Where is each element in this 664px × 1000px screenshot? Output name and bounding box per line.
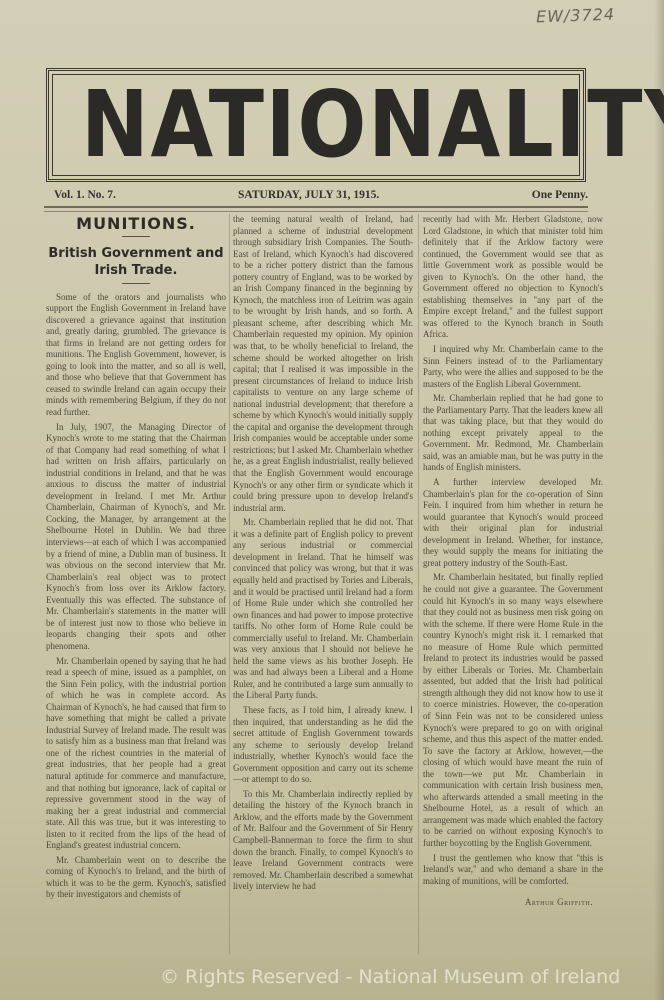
dateline: Vol. 1. No. 7. SATURDAY, JULY 31, 1915. … [54,187,588,207]
article-subheading: British Government and Irish Trade. [46,245,226,279]
column-divider [229,214,230,954]
copyright-watermark: © Rights Reserved - National Museum of I… [160,966,664,988]
newspaper-title: NATIONALITY [81,75,551,175]
subheading-rule [122,283,150,284]
paragraph: Some of the orators and journalists who … [46,292,226,419]
paragraph: the teeming natural wealth of Ireland, h… [233,214,413,514]
issue-date: SATURDAY, JULY 31, 1915. [238,189,379,201]
newspaper-page: EW/3724 NATIONALITY Vol. 1. No. 7. SATUR… [0,0,664,1000]
volume-number: Vol. 1. No. 7. [54,189,116,201]
paragraph: Mr. Chamberlain opened by saying that he… [46,656,226,852]
article-heading: MUNITIONS. [46,218,226,230]
column-divider [418,214,419,954]
paragraph: recently had with Mr. Herbert Gladstone,… [423,214,603,341]
paragraph: A further interview developed Mr. Chambe… [423,477,603,569]
paragraph: I trust the gentlemen who know that "thi… [423,853,603,888]
article-column-3: recently had with Mr. Herbert Gladstone,… [423,214,603,909]
paragraph: These facts, as I told him, I already kn… [233,705,413,786]
paragraph: Mr. Chamberlain went on to describe the … [46,855,226,901]
paragraph: Mr. Chamberlain hesitated, but finally r… [423,572,603,849]
paragraph: Mr. Chamberlain replied that he did not.… [233,517,413,702]
dateline-rule [44,206,588,212]
heading-rule [122,236,150,237]
paragraph: I inquired why Mr. Chamberlain came to t… [423,344,603,390]
author-signature: Arthur Griffith. [423,897,603,909]
paragraph: Mr. Chamberlain replied that he had gone… [423,393,603,474]
article-column-2: the teeming natural wealth of Ireland, h… [233,214,413,896]
article-column-1: MUNITIONS. British Government and Irish … [46,214,226,904]
paragraph: In July, 1907, the Managing Director of … [46,422,226,653]
masthead: NATIONALITY [46,68,586,182]
paragraph: To this Mr. Chamberlain indirectly repli… [233,789,413,893]
price: One Penny. [532,189,588,201]
catalog-number: EW/3724 [536,5,616,27]
